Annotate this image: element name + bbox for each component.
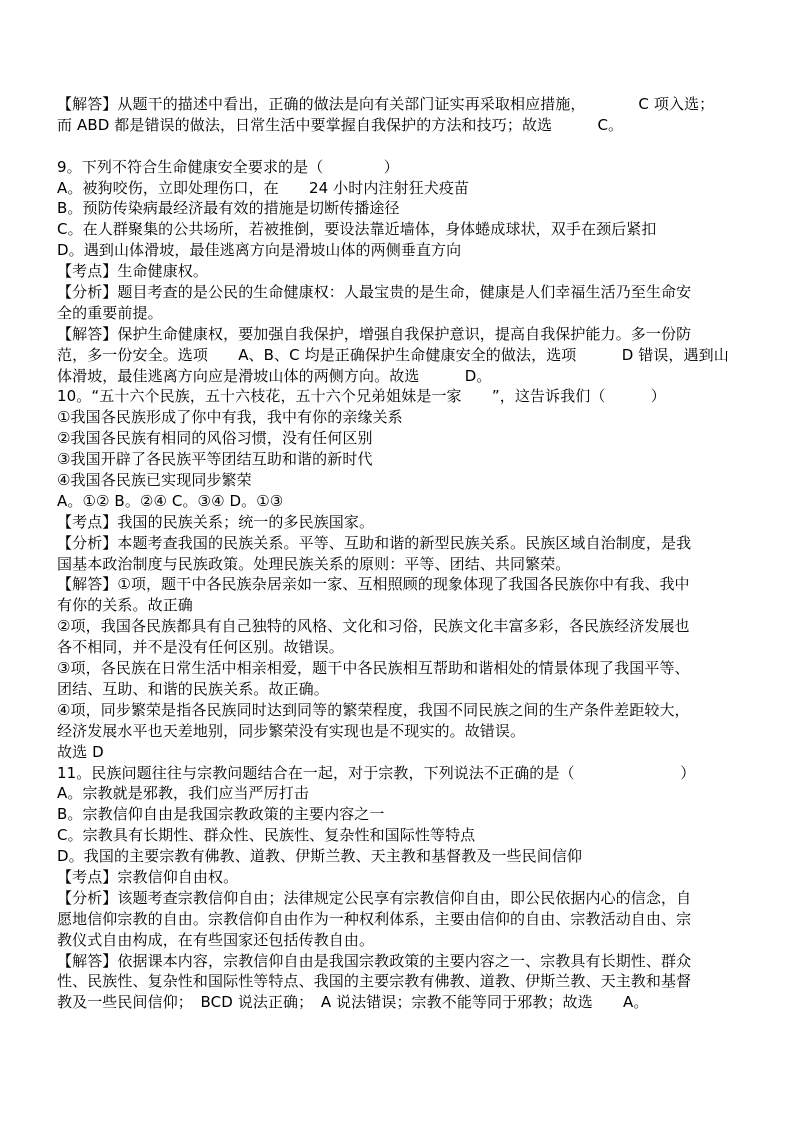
question-11-stem-line-0: 11。民族问题往往与宗教问题结合在一起，对于宗教，下列说法不正确的是（ ） [57,763,753,784]
question-11-options-line-2: C。宗教具有长期性、群众性、民族性、复杂性和国际性等特点 [57,825,753,846]
question-10-analysis-line-0: 【分析】本题考查我国的民族关系。平等、互助和谐的新型民族关系。民族区域自治制度，… [57,533,753,554]
question-10-answer-line-0: 【解答】①项，题干中各民族杂居亲如一家、互相照顾的现象体现了我国各民族你中有我、… [57,574,753,595]
question-10-items-line-3: ④我国各民族已实现同步繁荣 [57,470,753,491]
document-body: 【解答】从题干的描述中看出，正确的做法是向有关部门证实再采取相应措施， C 项入… [57,94,753,1013]
question-10-answer-line-4: ③项，各民族在日常生活中相亲相爱，题干中各民族相互帮助和谐相处的情景体现了我国平… [57,658,753,679]
question-10-analysis-line-1: 国基本政治制度与民族政策。处理民族关系的原则：平等、团结、共同繁荣。 [57,554,753,575]
question-11-keypoint-line-0: 【考点】宗教信仰自由权。 [57,867,753,888]
question-9-answer-line-2: 体滑坡，最佳逃离方向应是滑坡山体的两侧方向。故选 D。 [57,366,753,387]
question-11-options-line-3: D。我国的主要宗教有佛教、道教、伊斯兰教、天主教和基督教及一些民间信仰 [57,846,753,867]
question-9-options-line-1: B。预防传染病最经济最有效的措施是切断传播途径 [57,198,753,219]
q8-answer-explanation-line-0: 【解答】从题干的描述中看出，正确的做法是向有关部门证实再采取相应措施， C 项入… [57,94,753,115]
question-10-items-line-1: ②我国各民族有相同的风俗习惯，没有任何区别 [57,428,753,449]
question-11-answer-line-2: 教及一些民间信仰； BCD 说法正确； A 说法错误；宗教不能等同于邪教；故选 … [57,992,753,1013]
q8-answer-explanation-line-1: 而 ABD 都是错误的做法，日常生活中要掌握自我保护的方法和技巧；故选 C。 [57,115,753,136]
question-9-options-line-2: C。在人群聚集的公共场所，若被推倒，要设法靠近墙体，身体蜷成球状，双手在颈后紧扣 [57,219,753,240]
question-10-answer-line-8: 故选 D [57,742,753,763]
document-page: 【解答】从题干的描述中看出，正确的做法是向有关部门证实再采取相应措施， C 项入… [0,0,794,1123]
question-10-keypoint-line-0: 【考点】我国的民族关系；统一的多民族国家。 [57,512,753,533]
question-11-analysis-line-0: 【分析】该题考查宗教信仰自由；法律规定公民享有宗教信仰自由，即公民依据内心的信念… [57,888,753,909]
question-11-options-line-1: B。宗教信仰自由是我国宗教政策的主要内容之一 [57,804,753,825]
question-10-items-line-0: ①我国各民族形成了你中有我，我中有你的亲缘关系 [57,407,753,428]
question-10-choices-line-0: A。①② B。②④ C。③④ D。①③ [57,491,753,512]
question-9-options-line-3: D。遇到山体滑坡，最佳逃离方向是滑坡山体的两侧垂直方向 [57,240,753,261]
question-9-keypoint-line-0: 【考点】生命健康权。 [57,261,753,282]
question-11-answer-line-1: 性、民族性、复杂性和国际性等特点、我国的主要宗教有佛教、道教、伊斯兰教、天主教和… [57,971,753,992]
question-10-answer-line-3: 各不相同，并不是没有任何区别。故错误。 [57,637,753,658]
question-10-answer-line-1: 有你的关系。故正确 [57,595,753,616]
blank-spacer-line-0 [57,136,753,157]
question-10-answer-line-7: 经济发展水平也天差地别，同步繁荣没有实现也是不现实的。故错误。 [57,721,753,742]
question-9-analysis-line-1: 全的重要前提。 [57,303,753,324]
question-11-options-line-0: A。宗教就是邪教，我们应当严厉打击 [57,783,753,804]
question-9-answer-line-0: 【解答】保护生命健康权，要加强自我保护，增强自我保护意识，提高自我保护能力。多一… [57,324,753,345]
question-9-options-line-0: A。被狗咬伤，立即处理伤口，在 24 小时内注射狂犬疫苗 [57,178,753,199]
question-10-stem-line-0: 10。“五十六个民族，五十六枝花，五十六个兄弟姐妹是一家 ”，这告诉我们（ ） [57,386,753,407]
question-10-items-line-2: ③我国开辟了各民族平等团结互助和谐的新时代 [57,449,753,470]
question-9-analysis-line-0: 【分析】题目考查的是公民的生命健康权：人最宝贵的是生命，健康是人们幸福生活乃至生… [57,282,753,303]
question-10-answer-line-6: ④项，同步繁荣是指各民族同时达到同等的繁荣程度，我国不同民族之间的生产条件差距较… [57,700,753,721]
question-11-answer-line-0: 【解答】依据课本内容，宗教信仰自由是我国宗教政策的主要内容之一、宗教具有长期性、… [57,951,753,972]
question-10-answer-line-2: ②项，我国各民族都具有自己独特的风格、文化和习俗，民族文化丰富多彩，各民族经济发… [57,616,753,637]
question-11-analysis-line-1: 愿地信仰宗教的自由。宗教信仰自由作为一种权利体系，主要由信仰的自由、宗教活动自由… [57,909,753,930]
question-9-answer-line-1: 范，多一份安全。选项 A、B、C 均是正确保护生命健康安全的做法，选项 D 错误… [57,345,753,366]
question-9-stem-line-0: 9。下列不符合生命健康安全要求的是（ ） [57,157,753,178]
question-10-answer-line-5: 团结、互助、和谐的民族关系。故正确。 [57,679,753,700]
question-11-analysis-line-2: 教仪式自由构成，在有些国家还包括传教自由。 [57,930,753,951]
